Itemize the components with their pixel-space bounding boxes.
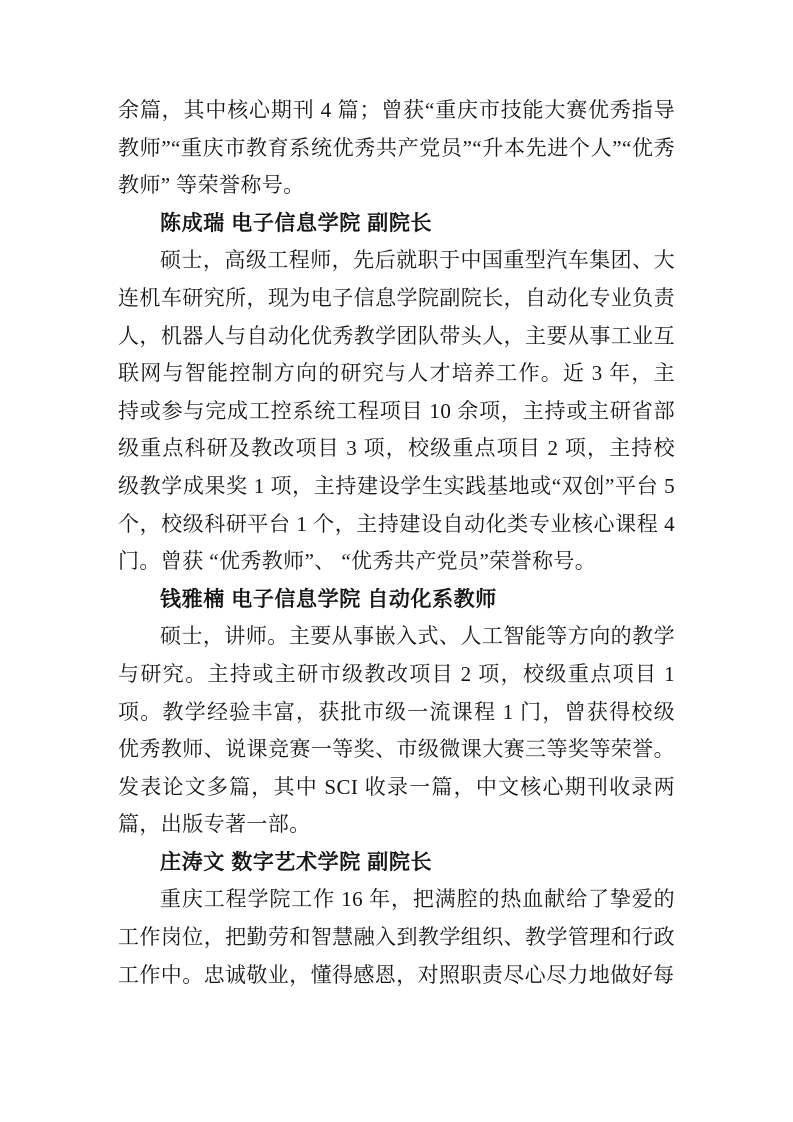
bio-heading-chen-chengrui: 陈成瑞 电子信息学院 副院长 [118, 205, 675, 243]
bio-paragraph-zhuang-taowen: 重庆工程学院工作 16 年，把满腔的热血献给了挚爱的工作岗位，把勤劳和智慧融入到… [118, 881, 675, 994]
paragraph-continued-from-previous-page: 余篇，其中核心期刊 4 篇；曾获“重庆市技能大赛优秀指导教师”“重庆市教育系统优… [118, 92, 675, 205]
bio-paragraph-qian-yanan: 硕士，讲师。主要从事嵌入式、人工智能等方向的教学与研究。主持或主研市级教改项目 … [118, 618, 675, 844]
document-page: 余篇，其中核心期刊 4 篇；曾获“重庆市技能大赛优秀指导教师”“重庆市教育系统优… [0, 0, 793, 1122]
text-body: 余篇，其中核心期刊 4 篇；曾获“重庆市技能大赛优秀指导教师”“重庆市教育系统优… [118, 92, 675, 994]
bio-paragraph-chen-chengrui: 硕士，高级工程师，先后就职于中国重型汽车集团、大连机车研究所，现为电子信息学院副… [118, 242, 675, 580]
bio-heading-zhuang-taowen: 庄涛文 数字艺术学院 副院长 [118, 844, 675, 882]
bio-heading-qian-yanan: 钱雅楠 电子信息学院 自动化系教师 [118, 581, 675, 619]
